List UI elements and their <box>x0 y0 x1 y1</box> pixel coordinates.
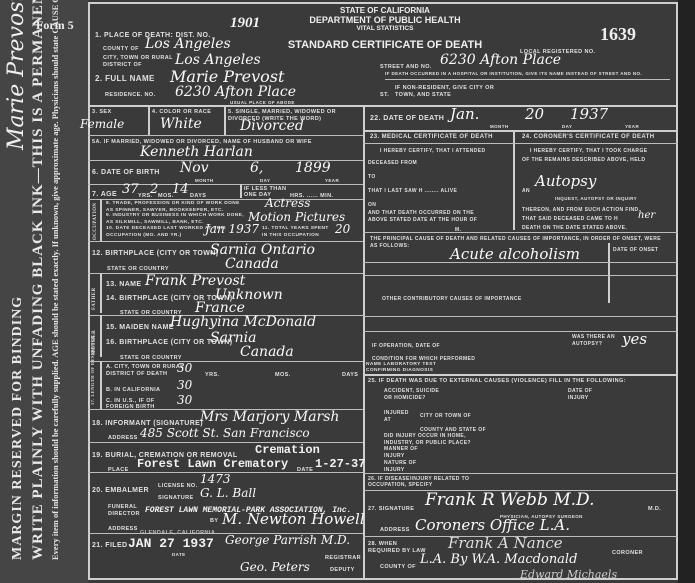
years-spent-value: 20 <box>335 222 350 236</box>
birth-state-label: STATE OR COUNTRY <box>107 266 169 272</box>
filed-sub: DATE <box>172 552 186 557</box>
divider <box>88 361 363 362</box>
county-value: Los Angeles <box>145 36 231 52</box>
operation-label: IF OPERATION, DATE OF <box>372 343 440 349</box>
coroner-line-5: THEREON, AND FROM SUCH ACTION FIND <box>522 207 639 213</box>
full-name-label: 2. FULL NAME <box>95 74 155 83</box>
divider <box>363 316 678 317</box>
father-name-label: 13. NAME <box>106 281 142 288</box>
coroner-pronoun-value: her <box>638 210 655 221</box>
medical-line-6: AND THAT DEATH OCCURRED ON THE <box>368 210 474 216</box>
industry-value: Motion Pictures <box>248 210 345 224</box>
license-value: 1473 <box>200 472 231 486</box>
divider <box>363 473 678 474</box>
sig-address-label: ADDRESS <box>380 527 410 533</box>
nonresident-label: IF NON-RESIDENT, GIVE CITY OR TOWN, AND … <box>395 85 515 99</box>
divider <box>363 374 678 376</box>
required-label: 28. WHEN REQUIRED BY LAW <box>368 541 428 555</box>
informant-address-label: ADDRESS <box>108 435 138 441</box>
medical-line-1: I HEREBY CERTIFY, THAT I ATTENDED <box>380 148 486 154</box>
divider <box>363 143 678 144</box>
race-label: 4. COLOR OR RACE <box>152 109 211 115</box>
residence-label: RESIDENCE. NO. <box>105 92 156 98</box>
state-title: STATE OF CALIFORNIA <box>300 6 470 15</box>
medical-line-2: DECEASED FROM <box>368 160 417 166</box>
deputy-label: DEPUTY <box>330 567 355 573</box>
street-label: STREET AND NO. <box>380 64 432 70</box>
residence-side-label: 17. LENGTH OF RESIDENCE <box>90 365 95 405</box>
dob-day-sub: DAY <box>260 178 270 183</box>
spouse-value: Kenneth Harlan <box>140 144 253 160</box>
manner-label: MANNER OF INJURY <box>384 446 424 460</box>
license-label: LICENSE NO. <box>158 483 198 489</box>
required-value: Frank A Nance <box>448 534 563 552</box>
county-of-label: COUNTY OF <box>380 564 416 570</box>
coroner-line-4: INQUEST, AUTOPSY OR INQUIRY <box>555 196 637 201</box>
occupation-side-label: OCCUPATION <box>93 203 98 240</box>
res-city-value: 30 <box>177 361 192 375</box>
divider <box>363 275 678 276</box>
nature-label: NATURE OF INJURY <box>384 460 424 474</box>
date-of-injury-label: DATE OF INJURY <box>568 388 598 402</box>
certificate-title: STANDARD CERTIFICATE OF DEATH <box>285 39 485 51</box>
signature-md: M.D. <box>648 506 661 512</box>
res-us-value: 30 <box>177 393 192 407</box>
dob-year-sub: YEAR <box>325 178 339 183</box>
divider <box>224 105 226 135</box>
funeral-director-label: FUNERAL DIRECTOR <box>108 504 148 518</box>
birthplace-label: 12. BIRTHPLACE (CITY OR TOWN) <box>92 250 218 257</box>
page-edge <box>678 0 695 583</box>
death-day-value: 20 <box>525 105 544 123</box>
dob-year-value: 1899 <box>295 160 331 176</box>
age-label: 7. AGE <box>92 191 117 198</box>
date-of-onset-label: DATE OF ONSET <box>613 247 658 253</box>
divider <box>385 79 670 80</box>
stamp-number: 1901 <box>230 15 260 32</box>
registrar-signature: George Parrish M.D. <box>225 533 350 547</box>
residence-st: ST. <box>380 92 389 98</box>
deputy-signature: Geo. Peters <box>240 560 310 574</box>
res-ca-value: 30 <box>177 378 192 392</box>
burial-value: Cremation <box>255 443 320 457</box>
divider <box>148 105 150 135</box>
res-yrs-unit: YRS. <box>205 372 219 378</box>
lab-test-label: NAME LABORATORY TEST CONFIRMING DIAGNOSI… <box>366 362 446 374</box>
fd-address-label: ADDRESS <box>108 526 138 532</box>
burial-date-value: 1-27-37 <box>315 457 365 471</box>
residence-value: 6230 Afton Place <box>175 84 296 100</box>
sex-value: Female <box>80 117 124 131</box>
autopsy-label: WAS THERE AN AUTOPSY? <box>572 334 617 348</box>
divider <box>100 273 102 313</box>
accident-label: ACCIDENT, SUICIDE OR HOMICIDE? <box>384 388 444 402</box>
city-label: CITY, TOWN OR RURAL DISTRICT OF <box>103 55 173 69</box>
dob-label: 6. DATE OF BIRTH <box>92 169 160 176</box>
age-years-value: 37 <box>122 182 139 197</box>
coroner-line-1: I HEREBY CERTIFY, THAT I TOOK CHARGE <box>530 148 647 154</box>
sex-label: 3. SEX <box>92 109 112 115</box>
coroner-cert-label: 24. CORONER'S CERTIFICATE OF DEATH <box>522 134 654 140</box>
margin-handwritten-name: Marie Prevost <box>4 0 29 150</box>
other-causes-label: OTHER CONTRIBUTORY CAUSES OF IMPORTANCE <box>382 296 522 302</box>
coroner-line-7: DEATH ON THE DATE STATED ABOVE. <box>522 225 627 231</box>
last-worked-value: Jan 1937 <box>205 222 259 236</box>
medical-line-5: ON <box>368 202 376 208</box>
coroner-action-value: Autopsy <box>535 172 596 190</box>
signature-value: Frank R Webb M.D. <box>425 490 594 510</box>
maiden-name-value: Hughyina McDonald <box>170 314 316 330</box>
hospital-note: IF DEATH OCCURRED IN A HOSPITAL OR INSTI… <box>385 71 642 76</box>
marital-value: Divorced <box>240 118 304 134</box>
injury-place-label: DID INJURY OCCUR IN HOME, INDUSTRY, OR P… <box>384 433 484 447</box>
department-title: DEPARTMENT OF PUBLIC HEALTH <box>290 15 480 25</box>
divider <box>100 315 102 357</box>
dob-day-value: 6, <box>250 160 263 176</box>
registrar-label: REGISTRAR <box>325 555 361 561</box>
cause-value: Acute alcoholism <box>450 245 580 263</box>
occupational-label: 26. IF DISEASE/INJURY RELATED TO OCCUPAT… <box>368 476 478 488</box>
divider <box>88 442 363 443</box>
death-year-sub: YEAR <box>625 124 639 129</box>
father-side-label: FATHER <box>92 288 97 311</box>
divider <box>363 262 678 263</box>
divider <box>608 243 610 303</box>
divider <box>240 184 242 198</box>
division-title: VITAL STATISTICS <box>300 25 470 32</box>
margin-instructions: Every item of information should be care… <box>50 0 60 560</box>
certificate-number: 1639 <box>600 24 636 45</box>
birth-state-value: Canada <box>225 256 279 272</box>
filed-value: JAN 27 1937 <box>128 536 214 551</box>
by-label: BY <box>210 518 218 524</box>
margin-reserved-text: MARGIN RESERVED FOR BINDING <box>10 296 26 560</box>
divider <box>100 199 102 241</box>
filed-label: 21. FILED <box>92 542 128 549</box>
mother-state-value: Canada <box>240 344 294 360</box>
write-plainly-text: WRITE PLAINLY WITH UNFADING BLACK INK—TH… <box>30 0 47 560</box>
medical-line-3: TO <box>368 174 376 180</box>
informant-value: Mrs Marjory Marsh <box>200 409 339 425</box>
autopsy-value: yes <box>622 330 647 348</box>
signature-label: 27. SIGNATURE <box>368 506 414 512</box>
divider <box>363 232 678 233</box>
coroner-label: CORONER <box>612 550 643 556</box>
divider <box>513 130 515 230</box>
death-day-sub: DAY <box>562 124 572 129</box>
dob-month-sub: MONTH <box>195 178 214 183</box>
emb-signature-label: SIGNATURE <box>158 495 194 501</box>
coroner-line-3: AN <box>522 188 530 194</box>
maiden-name-label: 15. MAIDEN NAME <box>106 324 174 331</box>
embalmer-label: 20. EMBALMER <box>92 487 149 494</box>
coroner-line-2: OF THE REMAINS DESCRIBED ABOVE, HELD <box>522 157 645 163</box>
res-ca-label: B. IN CALIFORNIA <box>106 387 160 393</box>
death-month-sub: MONTH <box>490 124 509 129</box>
by-value: M. Newton Howell <box>222 510 365 528</box>
divider <box>88 135 363 136</box>
burial-place-value: Forest Lawn Crematory <box>137 457 288 471</box>
emb-signature-value: G. L. Ball <box>200 486 256 500</box>
death-certificate: Form 5 Marie Prevost MARGIN RESERVED FOR… <box>0 0 695 583</box>
street-value: 6230 Afton Place <box>440 52 561 68</box>
injured-at-label: INJURED AT <box>384 410 412 424</box>
res-days-unit: DAYS <box>342 372 358 378</box>
binding-margin: Form 5 Marie Prevost MARGIN RESERVED FOR… <box>0 0 88 583</box>
medical-line-7: ABOVE STATED DATE AT THE HOUR OF <box>368 217 477 223</box>
years-spent-label: 11. TOTAL YEARS SPENT IN THIS OCCUPATION <box>262 226 332 239</box>
date-of-death-label: 22. DATE OF DEATH <box>370 115 444 122</box>
column-divider <box>363 105 365 580</box>
city-value: Los Angeles <box>175 52 261 68</box>
age-days-value: 14 <box>172 182 189 197</box>
bottom-signature: Edward Michaels <box>520 568 617 581</box>
medical-line-4: THAT I LAST SAW H ........ ALIVE <box>368 188 457 194</box>
res-mos-unit: MOS. <box>275 372 291 378</box>
injured-city-label: CITY OR TOWN OF <box>420 413 471 419</box>
divider <box>363 130 678 132</box>
death-month-value: Jan. <box>450 105 479 123</box>
county-of-value: L.A. By W.A. Macdonald <box>420 552 577 567</box>
death-year-value: 1937 <box>570 105 608 123</box>
divider <box>88 199 363 200</box>
dob-month-value: Nov <box>180 160 209 176</box>
external-label: 25. IF DEATH WAS DUE TO EXTERNAL CAUSES … <box>368 378 626 384</box>
informant-address-value: 485 Scott St. San Francisco <box>140 426 310 440</box>
county-label: COUNTY OF <box>103 46 139 52</box>
divider <box>100 361 102 409</box>
medical-cert-label: 23. MEDICAL CERTIFICATE OF DEATH <box>370 134 493 140</box>
sig-address-value: Coroners Office L.A. <box>415 516 570 534</box>
trade-value: Actress <box>265 196 310 210</box>
coroner-line-6: THAT SAID DECEASED CAME TO H <box>522 216 618 222</box>
race-value: White <box>160 116 202 132</box>
